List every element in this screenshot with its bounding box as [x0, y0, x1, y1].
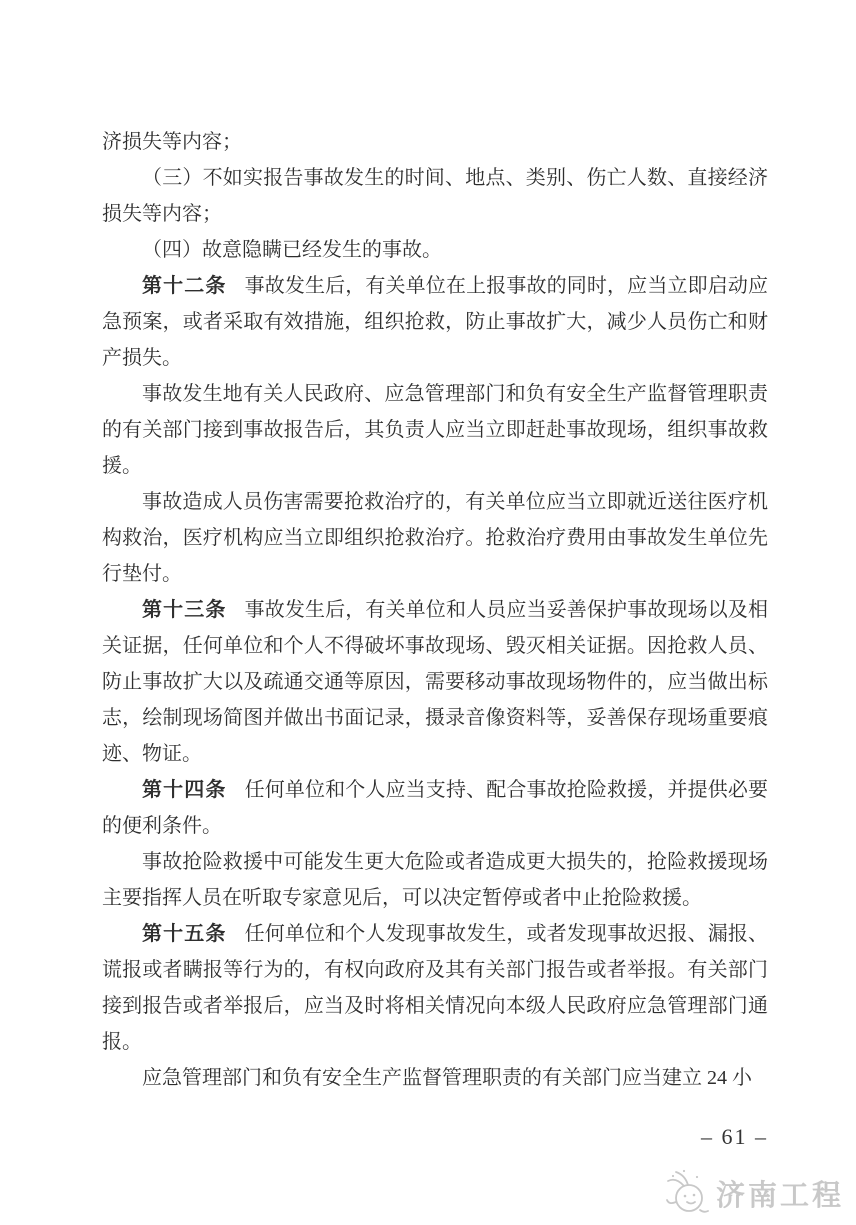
paragraph-text: 事故造成人员伤害需要抢救治疗的，有关单位应当立即就近送往医疗机构救治，医疗机构应…	[102, 491, 768, 585]
paragraph-text: 济损失等内容；	[102, 131, 242, 153]
article-13-label: 第十三条	[142, 599, 227, 621]
paragraph-text: （三）不如实报告事故发生的时间、地点、类别、伤亡人数、直接经济损失等内容；	[102, 167, 768, 225]
list-item-3: （三）不如实报告事故发生的时间、地点、类别、伤亡人数、直接经济损失等内容；	[102, 160, 768, 232]
paragraph-continuation: 济损失等内容；	[102, 124, 768, 160]
document-body-text: 济损失等内容； （三）不如实报告事故发生的时间、地点、类别、伤亡人数、直接经济损…	[102, 124, 768, 1096]
article-14-paragraph-2: 事故抢险救援中可能发生更大危险或者造成更大损失的，抢险救援现场主要指挥人员在听取…	[102, 844, 768, 916]
article-15-paragraph-2-truncated: 应急管理部门和负有安全生产监督管理职责的有关部门应当建立 24 小	[102, 1060, 768, 1096]
publisher-watermark: 济南工程	[664, 1168, 844, 1218]
article-12-paragraph-3: 事故造成人员伤害需要抢救治疗的，有关单位应当立即就近送往医疗机构救治，医疗机构应…	[102, 484, 768, 592]
document-page: 济损失等内容； （三）不如实报告事故发生的时间、地点、类别、伤亡人数、直接经济损…	[0, 0, 856, 1225]
article-15-label: 第十五条	[142, 923, 227, 945]
mascot-chick-icon	[664, 1168, 710, 1218]
paragraph-text: （四）故意隐瞒已经发生的事故。	[142, 239, 442, 261]
article-14: 第十四条任何单位和个人应当支持、配合事故抢险救援，并提供必要的便利条件。	[102, 772, 768, 844]
article-12-label: 第十二条	[142, 275, 227, 297]
paragraph-text: 应急管理部门和负有安全生产监督管理职责的有关部门应当建立 24 小	[142, 1067, 752, 1089]
article-12-paragraph-2: 事故发生地有关人民政府、应急管理部门和负有安全生产监督管理职责的有关部门接到事故…	[102, 376, 768, 484]
watermark-text: 济南工程	[716, 1173, 844, 1214]
paragraph-text: 事故抢险救援中可能发生更大危险或者造成更大损失的，抢险救援现场主要指挥人员在听取…	[102, 851, 768, 909]
page-number: – 61 –	[701, 1124, 768, 1150]
article-13: 第十三条事故发生后，有关单位和人员应当妥善保护事故现场以及相关证据，任何单位和个…	[102, 592, 768, 772]
article-15: 第十五条任何单位和个人发现事故发生，或者发现事故迟报、漏报、谎报或者瞒报等行为的…	[102, 916, 768, 1060]
paragraph-text: 事故发生地有关人民政府、应急管理部门和负有安全生产监督管理职责的有关部门接到事故…	[102, 383, 768, 477]
article-14-label: 第十四条	[142, 779, 227, 801]
list-item-4: （四）故意隐瞒已经发生的事故。	[102, 232, 768, 268]
paragraph-text: 事故发生后，有关单位和人员应当妥善保护事故现场以及相关证据，任何单位和个人不得破…	[102, 599, 768, 765]
article-12: 第十二条事故发生后，有关单位在上报事故的同时，应当立即启动应急预案，或者采取有效…	[102, 268, 768, 376]
